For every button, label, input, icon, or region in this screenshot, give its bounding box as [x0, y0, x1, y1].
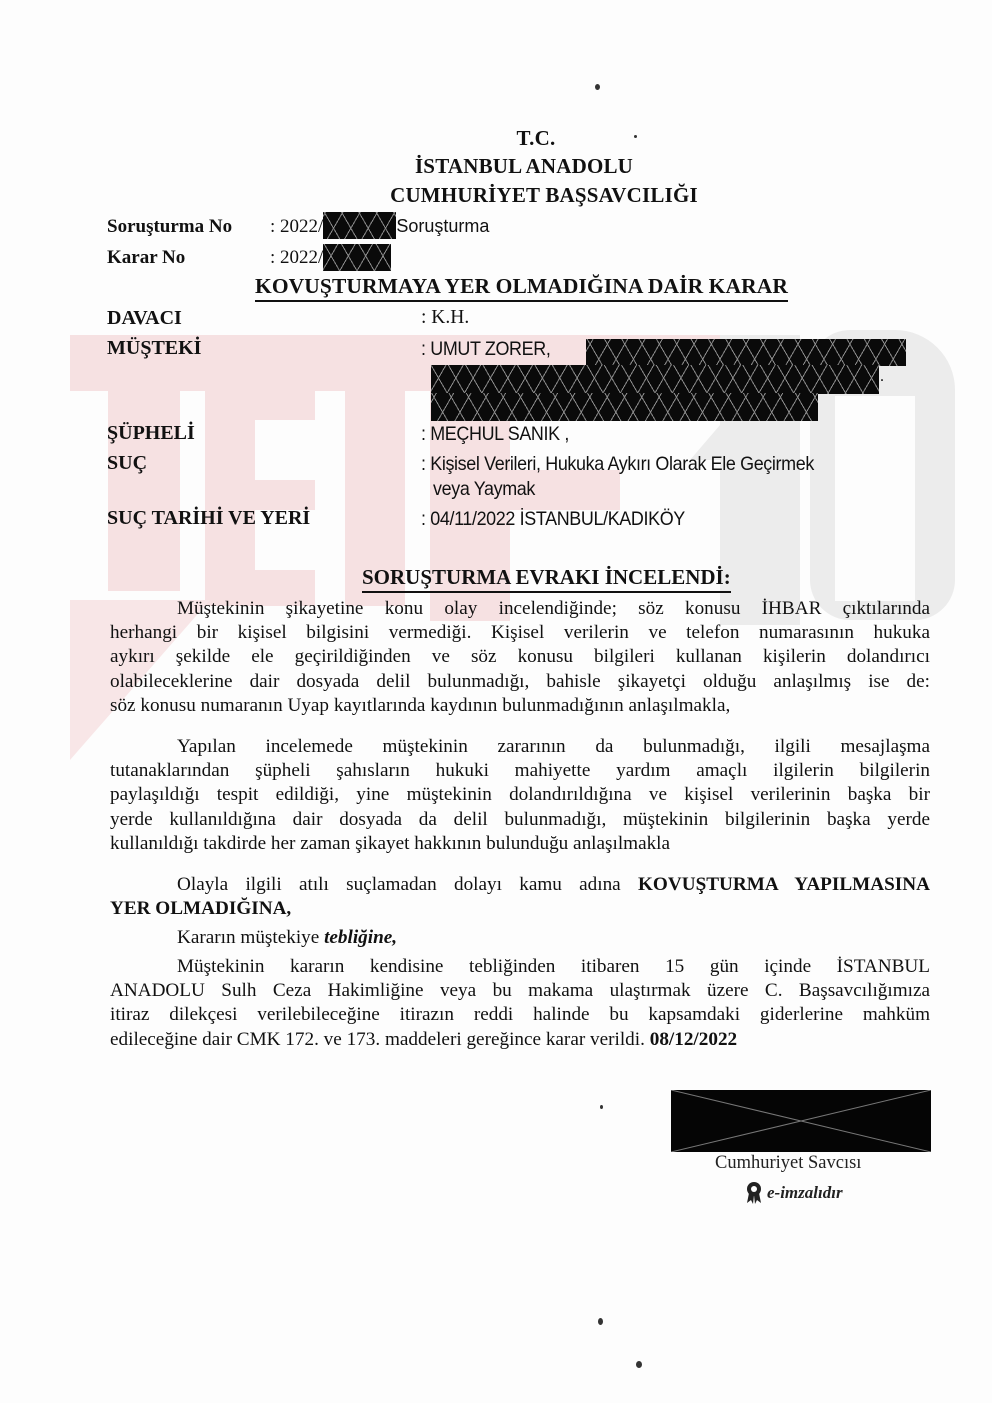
paragraph-text: edileceğine dair CMK 172. ve 173. maddel… [110, 1029, 650, 1050]
signature-redaction [671, 1090, 931, 1152]
section-title: SORUŞTURMA EVRAKI İNCELENDİ: [362, 565, 731, 593]
sorusturma-no-suffix: Soruşturma [396, 216, 489, 236]
emphasis-text: tebliğine, [324, 927, 397, 948]
seal-badge-icon [744, 1181, 764, 1205]
e-signature-stamp: e-imzalıdır [744, 1181, 843, 1205]
paragraph-line: kullanıldığı takdirde her zaman şikayet … [110, 832, 930, 856]
field-label-suc: SUÇ [107, 452, 147, 475]
decision-bold-text: KOVUŞTURMA YAPILMASINA [638, 874, 930, 895]
paragraph-2: Yapılan incelemede müştekinin zararının … [110, 735, 930, 856]
paragraph-line: yerde kullanıldığına dair dosyada da del… [110, 808, 930, 832]
field-value-suc: : Kişisel Verileri, Hukuka Aykırı Olarak… [421, 453, 814, 476]
decision-title: KOVUŞTURMAYA YER OLMADIĞINA DAİR KARAR [255, 274, 788, 302]
document-page: T.C. İSTANBUL ANADOLU CUMHURİYET BAŞSAVC… [0, 0, 992, 1403]
cross-mark-icon [671, 1090, 931, 1152]
paragraph-1: Müştekinin şikayetine konu olay incelend… [110, 597, 930, 718]
header-tc: T.C. [40, 126, 992, 151]
paragraph-line: olabileceklerine dair dosyada delil bulu… [110, 670, 930, 694]
paragraph-text: Kararın müştekiye [177, 927, 324, 948]
redaction-block [323, 212, 396, 239]
redaction-block [431, 393, 818, 421]
paragraph-line: itiraz dilekçesi verilebileceğine itiraz… [110, 1003, 930, 1027]
signer-title: Cumhuriyet Savcısı [715, 1153, 861, 1174]
karar-no-label: Karar No [107, 247, 270, 269]
header-city: İSTANBUL ANADOLU [28, 154, 992, 179]
redaction-block [431, 365, 879, 394]
paragraph-4: Kararın müştekiye tebliğine, [110, 926, 930, 950]
paragraph-line: Müştekinin şikayetine konu olay incelend… [177, 598, 930, 619]
field-label-supheli: ŞÜPHELİ [107, 422, 195, 445]
field-value-supheli: : MEÇHUL SANIK , [421, 423, 569, 446]
decision-bold-text: YER OLMADIĞINA, [110, 897, 930, 921]
paragraph-3-decision: Olayla ilgili atılı suçlamadan dolayı ka… [110, 873, 930, 921]
paragraph-line: ANADOLU Sulh Ceza Hakimliğine veya bu ma… [110, 979, 930, 1003]
sorusturma-no-label: Soruşturma No [107, 216, 270, 238]
redaction-block [323, 244, 391, 271]
scan-speck [598, 1318, 603, 1325]
paragraph-line: Müştekinin kararın kendisine tebliğinden… [177, 956, 930, 977]
redaction-block [586, 339, 906, 366]
paragraph-line: herhangi bir kişisel bilgisini vermediği… [110, 621, 930, 645]
paragraph-text: Olayla ilgili atılı suçlamadan dolayı ka… [177, 874, 638, 895]
field-value-suc-cont: veya Yaymak [433, 478, 535, 501]
field-value-musteki: : UMUT ZORER, [421, 338, 550, 361]
karar-no-prefix: : 2022/ [270, 247, 323, 268]
karar-no-row: Karar No: 2022/ [107, 246, 391, 271]
field-label-davaci: DAVACI [107, 307, 182, 330]
paragraph-line: tutanaklarından şüpheli şahısların hukuk… [110, 759, 930, 783]
punctuation-dot: . [880, 368, 884, 386]
scan-speck [636, 1361, 642, 1368]
scan-speck [595, 84, 600, 90]
sorusturma-no-row: Soruşturma No: 2022/Soruşturma [107, 216, 489, 239]
scan-speck [600, 1105, 603, 1109]
paragraph-line: paylaşıldığı tespit edildiği, yine müşte… [110, 783, 930, 807]
field-value-suc-tarihi: : 04/11/2022 İSTANBUL/KADIKÖY [421, 508, 685, 531]
paragraph-line: aykırı şekilde ele geçirildiğinden ve sö… [110, 645, 930, 669]
field-label-suc-tarihi: SUÇ TARİHİ VE YERİ [107, 507, 310, 530]
paragraph-line: söz konusu numaranın Uyap kayıtlarında k… [110, 694, 930, 718]
e-signature-label: e-imzalıdır [767, 1183, 843, 1203]
decision-date: 08/12/2022 [650, 1029, 737, 1050]
field-value-davaci: : K.H. [421, 307, 469, 329]
header-office: CUMHURİYET BAŞSAVCILIĞI [48, 183, 992, 208]
paragraph-line: Yapılan incelemede müştekinin zararının … [177, 736, 930, 757]
paragraph-5: Müştekinin kararın kendisine tebliğinden… [110, 955, 930, 1052]
field-label-musteki: MÜŞTEKİ [107, 337, 201, 360]
sorusturma-no-prefix: : 2022/ [270, 216, 323, 237]
